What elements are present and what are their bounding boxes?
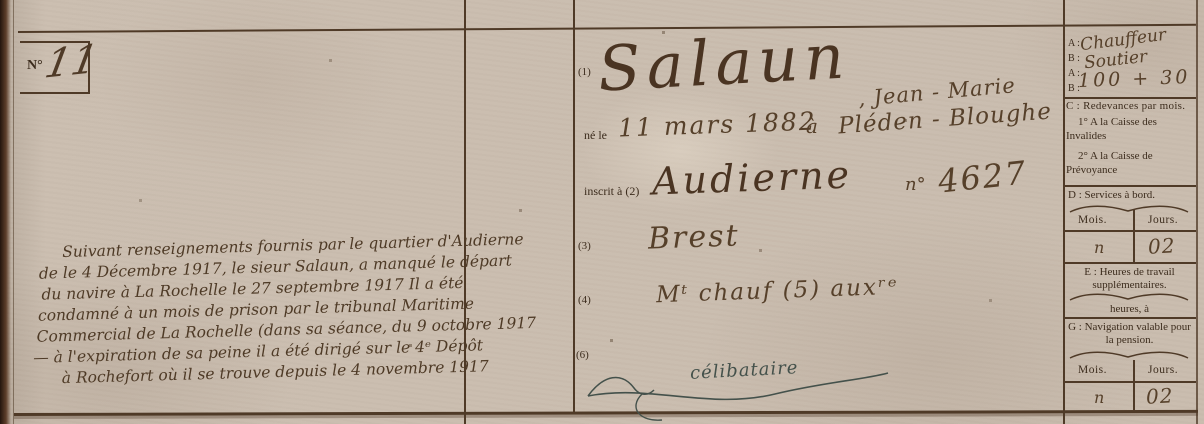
d-heading: D : Services à bord.: [1068, 189, 1155, 201]
d-jours-value: 02: [1147, 233, 1176, 258]
form-rule: [1063, 262, 1196, 264]
inscribed-label: inscrit à (2): [584, 184, 639, 199]
d-header-underline: [1063, 230, 1196, 232]
g-mois-value: n: [1094, 388, 1104, 407]
d-mois-header: Mois.: [1078, 214, 1107, 226]
form-rule: [1063, 185, 1196, 187]
registry-number-entry: 4627: [936, 153, 1029, 200]
record-number-value: 11: [41, 36, 101, 87]
d-jours-header: Jours.: [1148, 214, 1178, 226]
g-header-underline: [1063, 381, 1196, 383]
left-margin-rule: [13, 0, 14, 424]
rating-entry: Mᵗ chauf (5) auxʳᵉ: [656, 274, 900, 308]
port-entry: Audierne: [651, 153, 852, 204]
record-number-label: N°: [27, 58, 43, 74]
footnote-marker-3: (3): [578, 240, 591, 252]
divider-brace: [1068, 350, 1190, 360]
field-b-label: B :: [1068, 53, 1080, 64]
form-rule: [1063, 97, 1196, 99]
form-rule: [1063, 317, 1196, 319]
born-label: né le: [584, 128, 607, 143]
birth-at-entry: à: [806, 114, 818, 138]
registry-number-sign: n°: [905, 174, 926, 195]
column-rule-3: [1063, 0, 1065, 424]
paper-speckles: [0, 0, 1, 1]
birth-date-entry: 11 mars 1882: [618, 107, 818, 143]
field-a-label: A :: [1068, 38, 1080, 49]
e-heading: E : Heures de travail supplémentaires.: [1064, 266, 1195, 292]
footnote-marker-4: (4): [578, 294, 591, 306]
marginal-note: Suivant renseignements fournis par le qu…: [28, 228, 557, 390]
record-number-box: N° 11: [20, 41, 90, 94]
registry-page: N° 11 Suivant renseignements fournis par…: [0, 0, 1204, 424]
g-table-divider: [1133, 360, 1135, 410]
signature-flourish: [570, 338, 910, 424]
c-item-prevoyance: 2° A la Caisse de Prévoyance: [1066, 149, 1192, 177]
e-hours-line: heures, à: [1064, 303, 1195, 315]
g-jours-value: 02: [1145, 383, 1174, 408]
right-edge-rule: [1196, 0, 1198, 424]
divider-brace: [1068, 204, 1190, 214]
g-mois-header: Mois.: [1078, 364, 1107, 376]
surname-entry: Salaun: [596, 19, 852, 105]
divider-brace: [1068, 292, 1190, 302]
g-jours-header: Jours.: [1148, 364, 1178, 376]
port-brest-entry: Brest: [647, 218, 740, 256]
footnote-marker-1: (1): [578, 66, 591, 78]
c-heading: C : Redevances par mois.: [1066, 100, 1185, 112]
binding-edge: [0, 0, 11, 424]
d-mois-value: n: [1094, 238, 1104, 257]
g-heading: G : Navigation valable pour la pension.: [1064, 321, 1195, 347]
field-ab-value: 100 + 30: [1078, 66, 1191, 92]
d-table-divider: [1133, 210, 1135, 262]
c-item-invalides: 1° A la Caisse des Invalides: [1066, 115, 1192, 143]
